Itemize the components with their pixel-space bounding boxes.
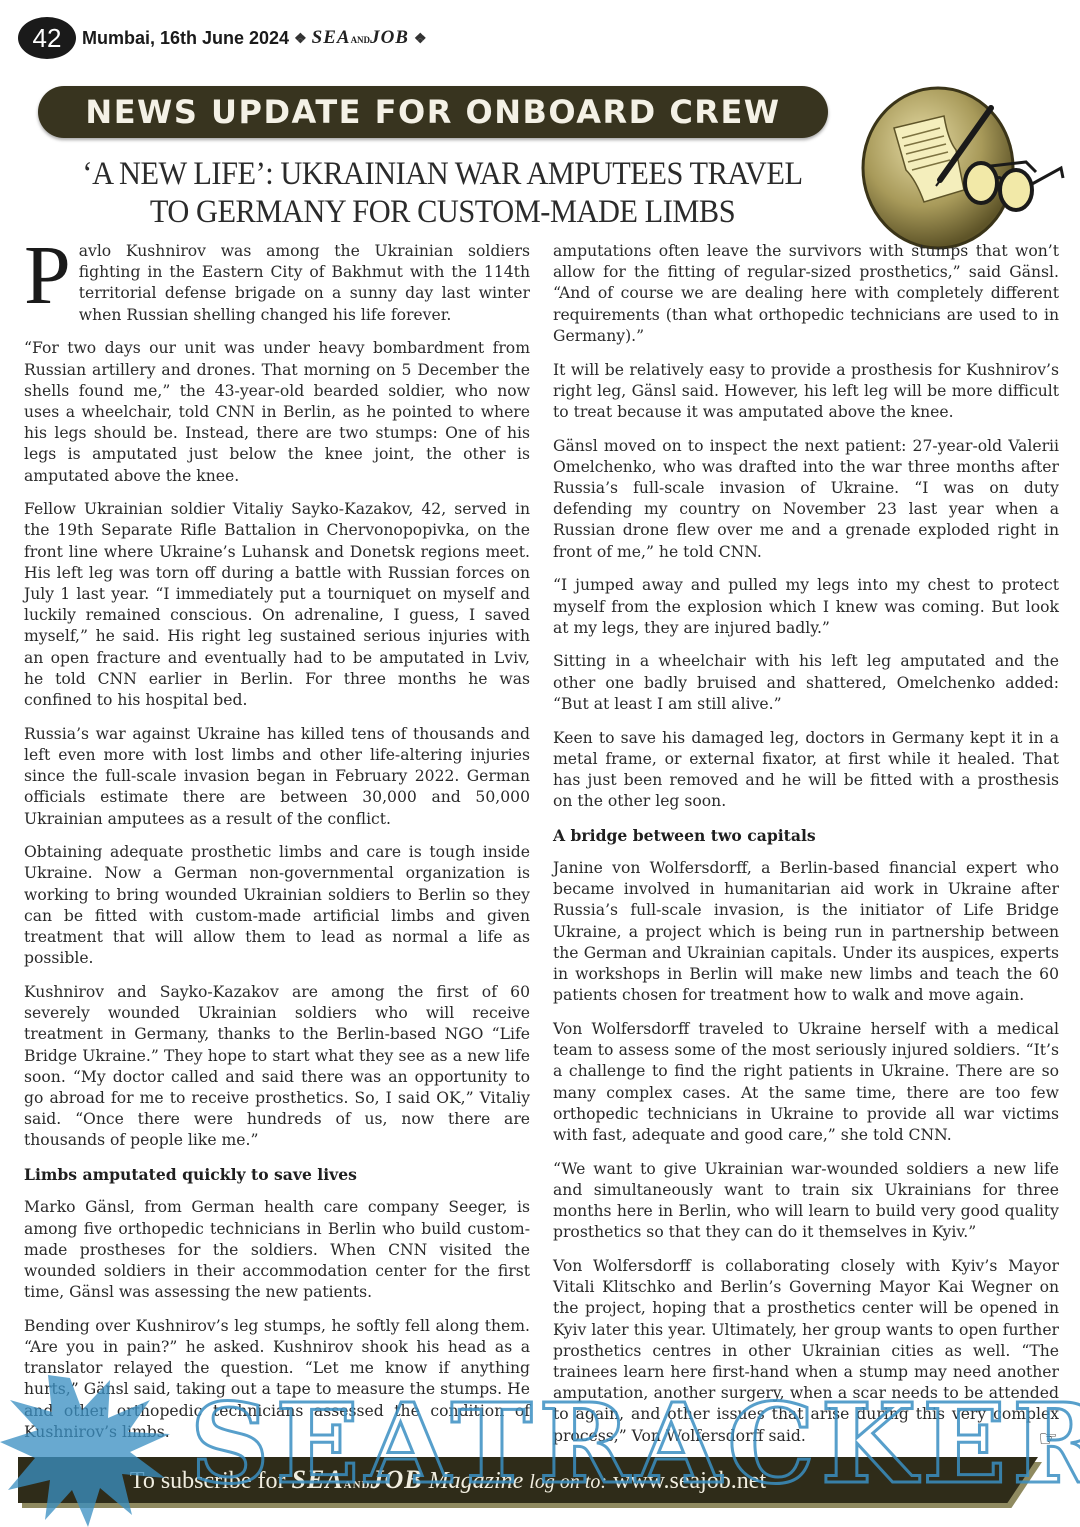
article-column-left: Pavlo Kushnirov was among the Ukrainian …	[24, 241, 530, 1510]
subheading: Limbs amputated quickly to save lives	[24, 1164, 530, 1185]
paragraph: Gänsl moved on to inspect the next patie…	[553, 436, 1059, 563]
website-link[interactable]: www.seajob.net	[613, 1468, 766, 1494]
paragraph: Janine von Wolfersdorff, a Berlin-based …	[553, 858, 1059, 1006]
paragraph: Marko Gänsl, from German health care com…	[24, 1197, 530, 1303]
section-banner: NEWS UPDATE FOR ONBOARD CREW	[38, 86, 828, 138]
paragraph: “We want to give Ukrainian war-wounded s…	[553, 1159, 1059, 1244]
paragraph: Sitting in a wheelchair with his left le…	[553, 651, 1059, 715]
paragraph: amputations often leave the survivors wi…	[553, 241, 1059, 347]
masthead: 42 Mumbai, 16th June 2024 ❖ SEAANDJOB ❖	[18, 16, 427, 60]
pointing-hand-icon: ☞	[1038, 1427, 1058, 1452]
paragraph: “I jumped away and pulled my legs into m…	[553, 575, 1059, 639]
brand-logo: SEAANDJOB	[291, 1465, 422, 1494]
brand-logo: SEAANDJOB	[312, 27, 409, 49]
drop-cap: P	[24, 243, 71, 309]
paragraph: Von Wolfersdorff traveled to Ukraine her…	[553, 1019, 1059, 1146]
paragraph: Von Wolfersdorff is collaborating closel…	[553, 1256, 1059, 1447]
page-number: 42	[18, 17, 76, 59]
subscribe-footer: To subscribe for SEAANDJOB Magazine log …	[18, 1457, 1038, 1503]
section-title: NEWS UPDATE FOR ONBOARD CREW	[85, 93, 780, 131]
diamond-separator-icon: ❖	[414, 30, 427, 47]
paragraph: Kushnirov and Sayko-Kazakov are among th…	[24, 982, 530, 1152]
paragraph: Russia’s war against Ukraine has killed …	[24, 724, 530, 830]
writing-paper-pen-glasses-icon	[856, 80, 1066, 255]
paragraph: It will be relatively easy to provide a …	[553, 360, 1059, 424]
article-headline: ‘A NEW LIFE’: UKRAINIAN WAR AMPUTEES TRA…	[72, 155, 813, 231]
paragraph: Pavlo Kushnirov was among the Ukrainian …	[24, 241, 530, 326]
dateline: Mumbai, 16th June 2024 ❖ SEAANDJOB ❖	[82, 27, 427, 49]
diamond-separator-icon: ❖	[294, 30, 307, 47]
paragraph: Fellow Ukrainian soldier Vitaliy Sayko-K…	[24, 499, 530, 711]
paragraph: Bending over Kushnirov’s leg stumps, he …	[24, 1316, 530, 1443]
subheading: A bridge between two capitals	[553, 825, 1059, 846]
paragraph: Keen to save his damaged leg, doctors in…	[553, 728, 1059, 813]
dateline-text: Mumbai, 16th June 2024	[82, 28, 289, 49]
article-column-right: amputations often leave the survivors wi…	[553, 241, 1059, 1459]
paragraph: “For two days our unit was under heavy b…	[24, 338, 530, 486]
subscribe-text: To subscribe for SEAANDJOB Magazine log …	[130, 1465, 766, 1495]
paragraph: Obtaining adequate prosthetic limbs and …	[24, 842, 530, 969]
